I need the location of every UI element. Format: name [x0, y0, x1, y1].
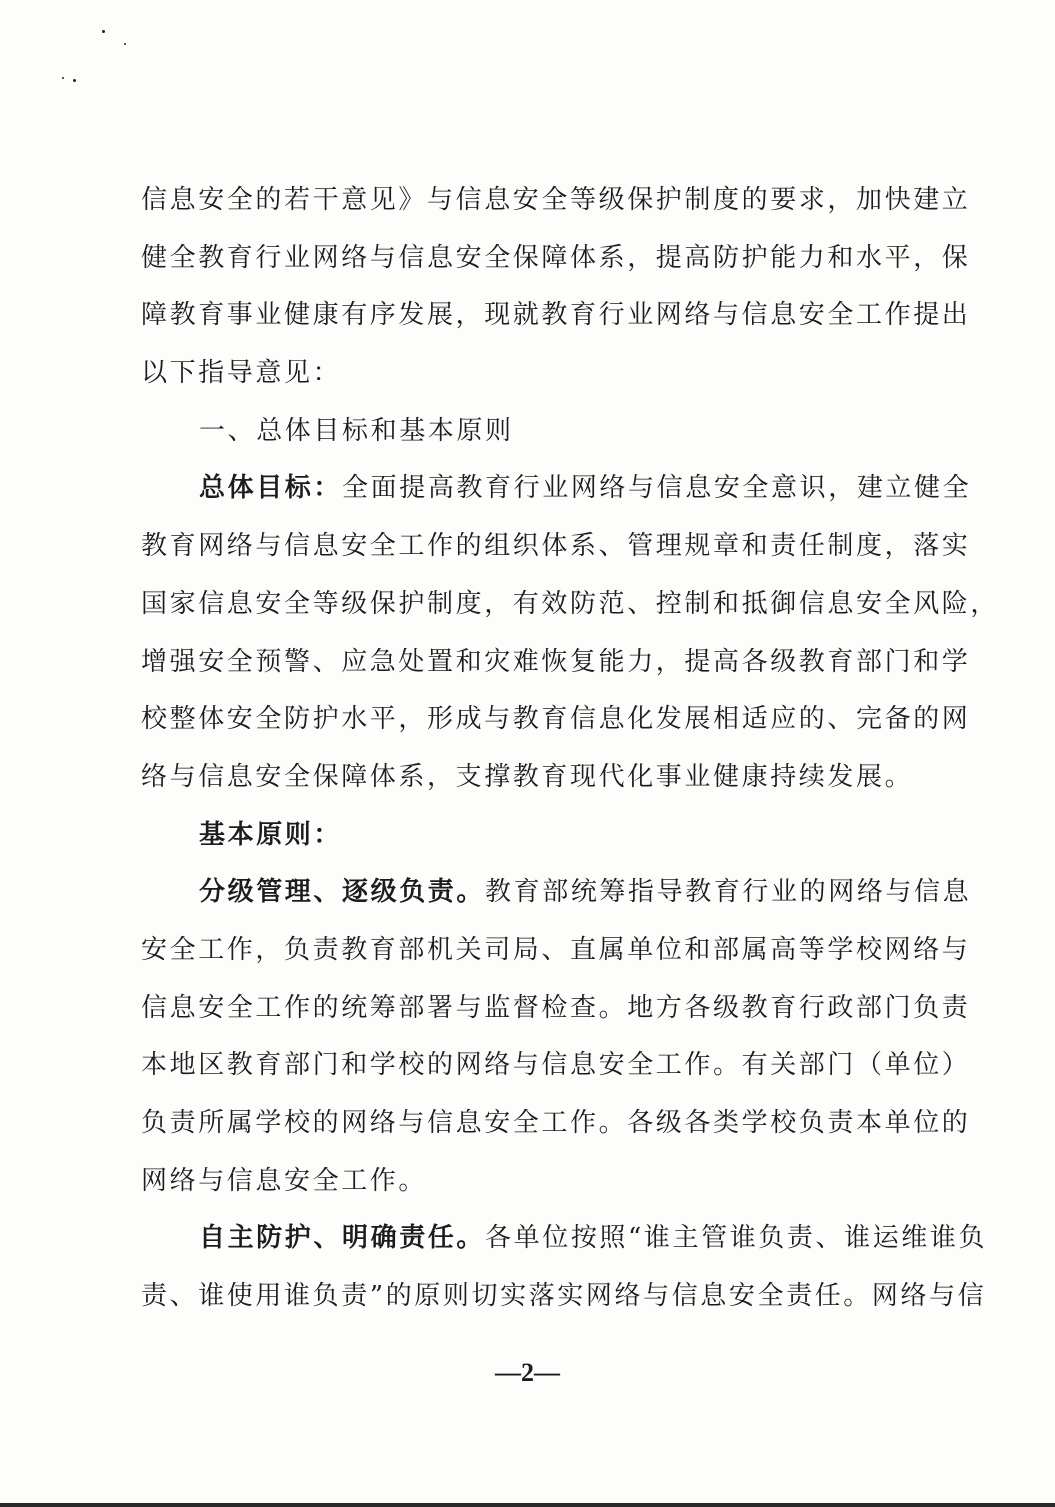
text-line: 以下指导意见：: [141, 345, 921, 403]
text-line: 责、谁使用谁负责”的原则切实落实网络与信息安全责任。网络与信: [141, 1268, 921, 1326]
text-line: 增强安全预警、应急处置和灾难恢复能力，提高各级教育部门和学: [141, 634, 921, 692]
bold-lead-in: 总体目标：: [199, 473, 342, 503]
bold-lead-in: 基本原则：: [199, 820, 342, 850]
document-body: 信息安全的若干意见》与信息安全等级保护制度的要求，加快建立 健全教育行业网络与信…: [141, 172, 921, 1326]
bold-lead-in: 自主防护、明确责任。: [199, 1223, 485, 1253]
text-line: 信息安全工作的统筹部署与监督检查。地方各级教育行政部门负责: [141, 980, 921, 1038]
text-line: 信息安全的若干意见》与信息安全等级保护制度的要求，加快建立: [141, 172, 921, 230]
text-line: 障教育事业健康有序发展，现就教育行业网络与信息安全工作提出: [141, 287, 921, 345]
paragraph-start-tiered-management: 分级管理、逐级负责。教育部统筹指导教育行业的网络与信息: [141, 864, 921, 922]
subheading-basic-principles: 基本原则：: [141, 807, 921, 865]
paragraph-start-self-protection: 自主防护、明确责任。各单位按照“谁主管谁负责、谁运维谁负: [141, 1210, 921, 1268]
text-line: 安全工作，负责教育部机关司局、直属单位和部属高等学校网络与: [141, 922, 921, 980]
text-span: 全面提高教育行业网络与信息安全意识，建立健全: [342, 473, 971, 503]
page-number: —2—: [0, 1358, 1055, 1388]
scan-speck: [124, 43, 126, 45]
text-line: 教育网络与信息安全工作的组织体系、管理规章和责任制度，落实: [141, 518, 921, 576]
text-line: 负责所属学校的网络与信息安全工作。各级各类学校负责本单位的: [141, 1095, 921, 1153]
text-line: 健全教育行业网络与信息安全保障体系，提高防护能力和水平，保: [141, 230, 921, 288]
section-heading: 一、总体目标和基本原则: [141, 403, 921, 461]
text-span: 各单位按照“谁主管谁负责、谁运维谁负: [485, 1223, 987, 1253]
scan-speck: [62, 77, 64, 79]
text-line: 国家信息安全等级保护制度，有效防范、控制和抵御信息安全风险，: [141, 576, 921, 634]
scan-edge: [0, 1503, 1055, 1507]
text-line: 络与信息安全保障体系，支撑教育现代化事业健康持续发展。: [141, 749, 921, 807]
text-line: 校整体安全防护水平，形成与教育信息化发展相适应的、完备的网: [141, 691, 921, 749]
text-line: 本地区教育部门和学校的网络与信息安全工作。有关部门（单位）: [141, 1037, 921, 1095]
text-span: 教育部统筹指导教育行业的网络与信息: [485, 877, 971, 907]
text-line: 网络与信息安全工作。: [141, 1153, 921, 1211]
bold-lead-in: 分级管理、逐级负责。: [199, 877, 485, 907]
document-page: 信息安全的若干意见》与信息安全等级保护制度的要求，加快建立 健全教育行业网络与信…: [0, 0, 1055, 1507]
paragraph-start-overall-goal: 总体目标：全面提高教育行业网络与信息安全意识，建立健全: [141, 460, 921, 518]
scan-speck: [102, 30, 105, 33]
scan-speck: [73, 79, 76, 82]
